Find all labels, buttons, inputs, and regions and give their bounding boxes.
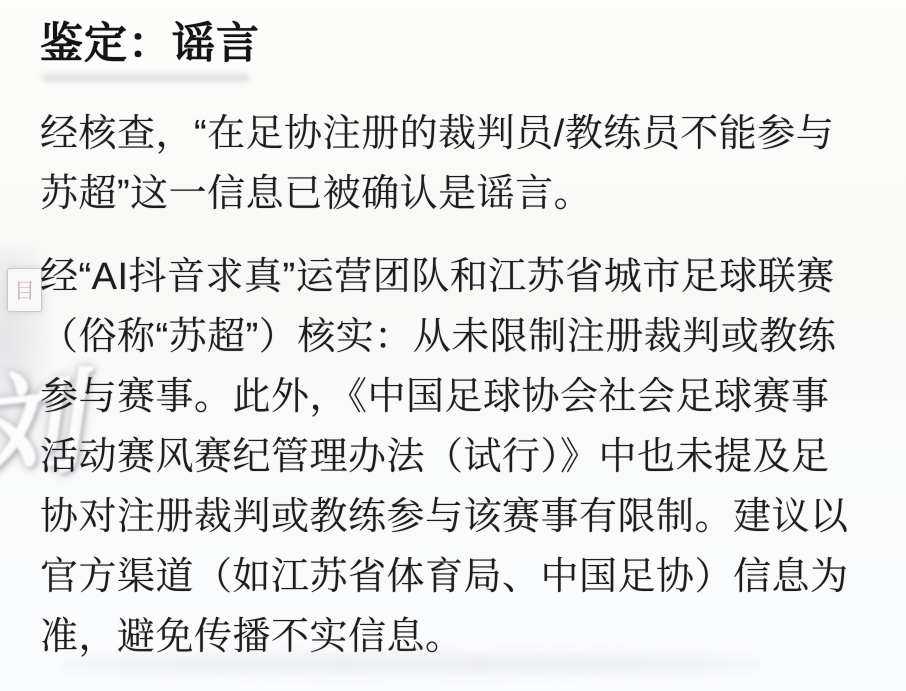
body-text-line: 参与赛事。此外，《中国足球协会社会足球赛事 bbox=[40, 367, 878, 427]
body-text-line: 经核查，“在足协注册的裁判员/教练员不能参与 bbox=[40, 104, 878, 164]
fact-check-screenshot: 目 刘 鉴定：谣言 经核查，“在足协注册的裁判员/教练员不能参与 苏超”这一信息… bbox=[0, 0, 906, 691]
verification-detail-paragraph: 经“AI抖音求真”运营团队和江苏省城市足球联赛 （俗称“苏超”）核实：从未限制注… bbox=[40, 247, 878, 667]
body-text-line: 经“AI抖音求真”运营团队和江苏省城市足球联赛 bbox=[40, 247, 878, 307]
watermark-badge-icon: 目 bbox=[7, 268, 42, 312]
body-text-line: 协对注册裁判或教练参与该赛事有限制。建议以 bbox=[40, 487, 878, 547]
body-text-line: 活动赛风赛纪管理办法（试行）》中也未提及足 bbox=[40, 427, 878, 487]
title-underglow bbox=[42, 74, 250, 82]
body-text-line: 准，避免传播不实信息。 bbox=[40, 607, 878, 667]
body-text-line: （俗称“苏超”）核实：从未限制注册裁判或教练 bbox=[40, 307, 878, 367]
body-text-line: 官方渠道（如江苏省体育局、中国足协）信息为 bbox=[40, 547, 878, 607]
verdict-title-text: 鉴定：谣言 bbox=[40, 20, 260, 68]
body-text-line: 苏超”这一信息已被确认是谣言。 bbox=[40, 164, 878, 224]
fact-check-content: 鉴定：谣言 经核查，“在足协注册的裁判员/教练员不能参与 苏超”这一信息已被确认… bbox=[40, 14, 878, 667]
verdict-title: 鉴定：谣言 bbox=[40, 14, 878, 74]
watermark-badge-char: 目 bbox=[14, 275, 35, 305]
verdict-summary-paragraph: 经核查，“在足协注册的裁判员/教练员不能参与 苏超”这一信息已被确认是谣言。 bbox=[40, 104, 878, 224]
